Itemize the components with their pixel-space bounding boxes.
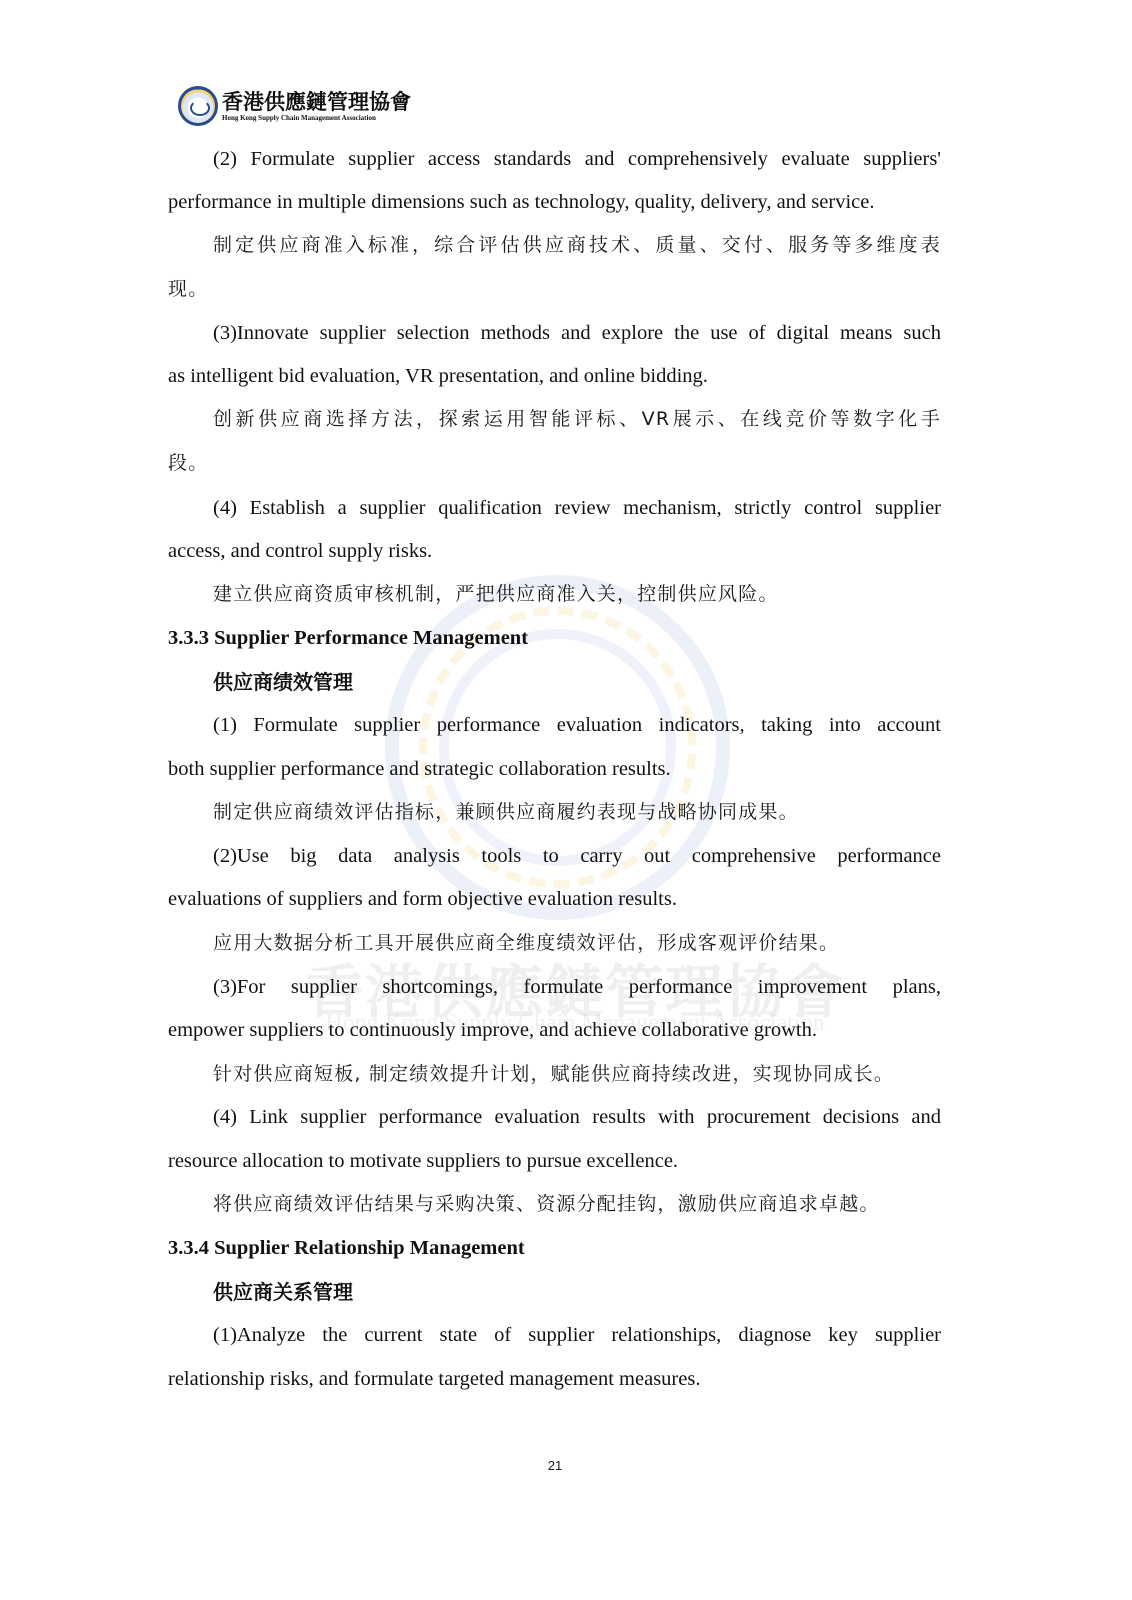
text-line: (2)Use big data analysis tools to carry …: [213, 844, 941, 868]
text-line: both supplier performance and strategic …: [168, 757, 941, 781]
text-line: 创新供应商选择方法，探索运用智能评标、VR展示、在线竞价等数字化手: [213, 407, 941, 431]
logo-chinese-name: 香港供應鏈管理協會: [222, 90, 411, 114]
section-heading: 3.3.4 Supplier Relationship Management: [168, 1236, 941, 1260]
text-line: 段。: [168, 451, 941, 475]
text-line: empower suppliers to continuously improv…: [168, 1018, 941, 1042]
text-line: 针对供应商短板, 制定绩效提升计划，赋能供应商持续改进，实现协同成长。: [213, 1062, 941, 1086]
text-line: 制定供应商绩效评估指标，兼顾供应商履约表现与战略协同成果。: [213, 800, 941, 824]
text-line: relationship risks, and formulate target…: [168, 1367, 941, 1391]
text-line: 现。: [168, 277, 941, 301]
text-line: access, and control supply risks.: [168, 539, 941, 563]
text-line: 将供应商绩效评估结果与采购决策、资源分配挂钩，激励供应商追求卓越。: [213, 1192, 941, 1216]
text-line: (2) Formulate supplier access standards …: [213, 147, 941, 171]
text-line: resource allocation to motivate supplier…: [168, 1149, 941, 1173]
text-line: (1) Formulate supplier performance evalu…: [213, 713, 941, 737]
section-heading: 供应商关系管理: [213, 1280, 941, 1304]
association-emblem-icon: [178, 86, 218, 126]
text-line: (3)Innovate supplier selection methods a…: [213, 321, 941, 345]
text-line: (1)Analyze the current state of supplier…: [213, 1323, 941, 1347]
logo-english-name: Hong Kong Supply Chain Management Associ…: [222, 114, 411, 123]
text-line: (4) Link supplier performance evaluation…: [213, 1105, 941, 1129]
document-page: 香港供應鏈管理協會 Hong Kong Supply Chain Managem…: [0, 0, 1132, 1600]
text-line: evaluations of suppliers and form object…: [168, 887, 941, 911]
text-line: (3)For supplier shortcomings, formulate …: [213, 975, 941, 999]
text-line: performance in multiple dimensions such …: [168, 190, 941, 214]
text-line: 建立供应商资质审核机制，严把供应商准入关，控制供应风险。: [213, 582, 941, 606]
text-line: 应用大数据分析工具开展供应商全维度绩效评估，形成客观评价结果。: [213, 931, 941, 955]
logo-text: 香港供應鏈管理協會 Hong Kong Supply Chain Managem…: [222, 90, 411, 123]
text-line: as intelligent bid evaluation, VR presen…: [168, 364, 941, 388]
section-heading: 3.3.3 Supplier Performance Management: [168, 626, 941, 650]
text-line: (4) Establish a supplier qualification r…: [213, 496, 941, 520]
section-heading: 供应商绩效管理: [213, 670, 941, 694]
page-number: 21: [0, 1458, 1110, 1473]
text-line: 制定供应商准入标准，综合评估供应商技术、质量、交付、服务等多维度表: [213, 233, 941, 257]
association-logo: 香港供應鏈管理協會 Hong Kong Supply Chain Managem…: [178, 86, 411, 126]
